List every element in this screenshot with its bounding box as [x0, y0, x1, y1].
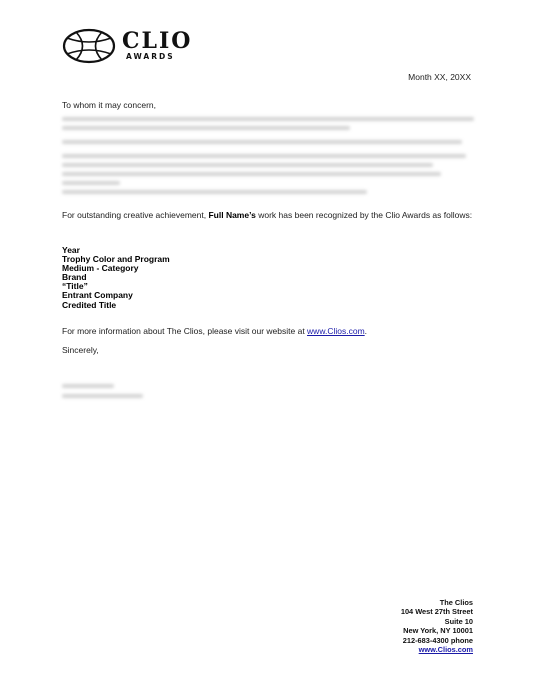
closing: Sincerely,: [62, 345, 99, 355]
redacted-line: [62, 126, 350, 130]
footer-city: New York, NY 10001: [401, 626, 473, 635]
footer-address: The Clios 104 West 27th Street Suite 10 …: [401, 598, 473, 654]
redacted-signature: [62, 384, 152, 404]
redacted-body: [62, 117, 474, 199]
recognition-statement: For outstanding creative achievement, Fu…: [62, 210, 472, 220]
redacted-line: [62, 140, 462, 144]
redacted-line: [62, 172, 441, 176]
footer-phone: 212-683-4300 phone: [401, 636, 473, 645]
redacted-signature-name: [62, 384, 114, 388]
footer-street: 104 West 27th Street: [401, 607, 473, 616]
recipient-name: Full Name’s: [208, 210, 255, 220]
award-details: Year Trophy Color and Program Medium - C…: [62, 246, 170, 310]
recognition-prefix: For outstanding creative achievement,: [62, 210, 208, 220]
redacted-line: [62, 181, 120, 185]
salutation: To whom it may concern,: [62, 100, 156, 110]
redacted-line: [62, 190, 367, 194]
footer-website-link[interactable]: www.Clios.com: [419, 645, 473, 654]
footer-suite: Suite 10: [401, 617, 473, 626]
more-info-trailing: .: [365, 326, 367, 336]
website-link[interactable]: www.Clios.com: [307, 326, 365, 336]
more-info-text: For more information about The Clios, pl…: [62, 326, 367, 336]
award-credited-title: Credited Title: [62, 301, 170, 310]
footer-org: The Clios: [401, 598, 473, 607]
letter-date: Month XX, 20XX: [408, 72, 471, 82]
redacted-line: [62, 163, 433, 167]
more-info-prefix: For more information about The Clios, pl…: [62, 326, 307, 336]
logo-wordmark: CLIO: [122, 28, 192, 54]
recognition-suffix: work has been recognized by the Clio Awa…: [256, 210, 472, 220]
clio-awards-logo: CLIO AWARDS: [62, 26, 212, 66]
logo-subtitle: AWARDS: [126, 52, 175, 61]
redacted-line: [62, 154, 466, 158]
redacted-signature-title: [62, 394, 143, 398]
globe-icon: [62, 26, 118, 66]
redacted-line: [62, 117, 474, 121]
